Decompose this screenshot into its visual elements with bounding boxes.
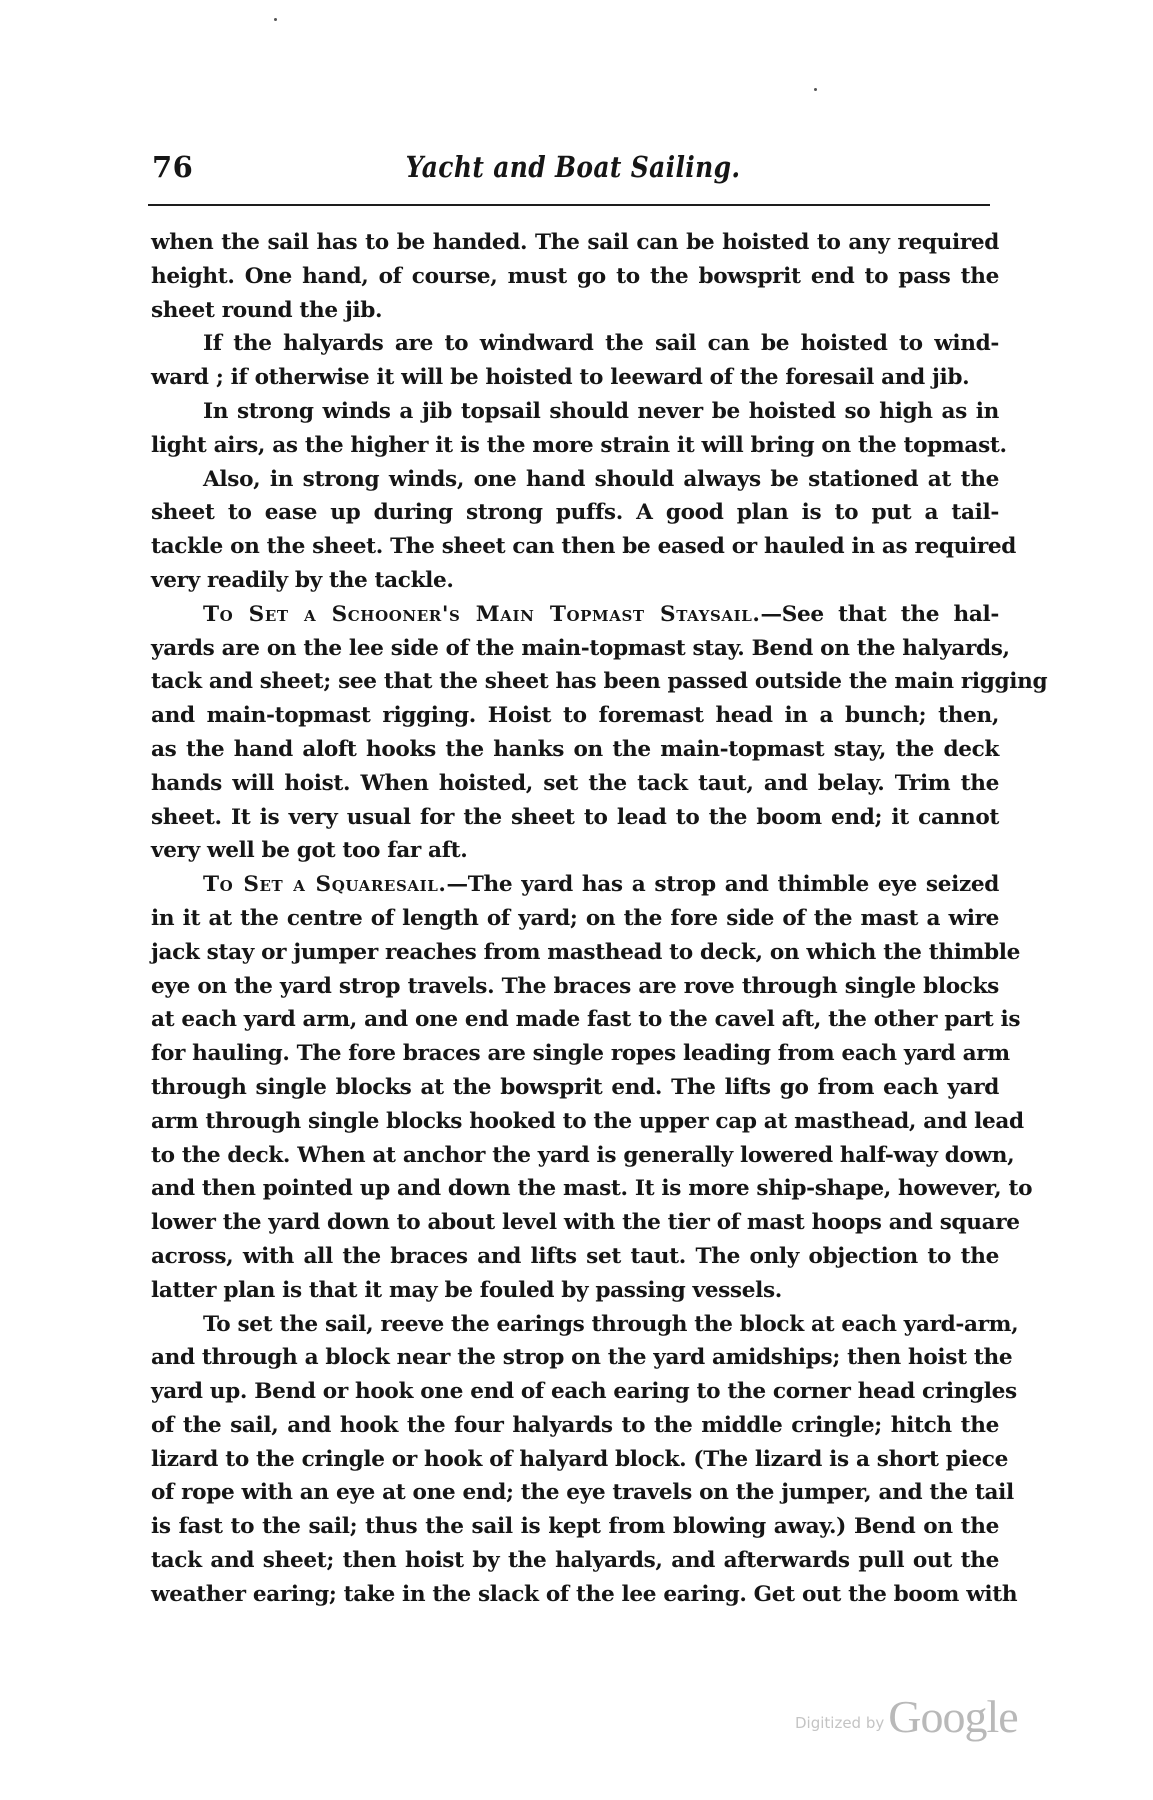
text-line: as the hand aloft hooks the hanks on the… — [151, 733, 999, 767]
text-line: is fast to the sail; thus the sail is ke… — [151, 1510, 999, 1544]
text-line: and then pointed up and down the mast. I… — [151, 1172, 999, 1206]
text-line: very well be got too far aft. — [151, 834, 999, 868]
text-line: Also, in strong winds, one hand should a… — [151, 463, 999, 497]
text-line: To set the sail, reeve the earings throu… — [151, 1308, 999, 1342]
text-line: through single blocks at the bowsprit en… — [151, 1071, 999, 1105]
header-rule — [148, 204, 990, 206]
scan-speck — [274, 18, 277, 21]
text-line: in it at the centre of length of yard; o… — [151, 902, 999, 936]
text-line: of rope with an eye at one end; the eye … — [151, 1476, 999, 1510]
text-line: sheet to ease up during strong puffs. A … — [151, 496, 999, 530]
section-heading-line: To Set a Squaresail.—The yard has a stro… — [151, 868, 999, 902]
running-title: Yacht and Boat Sailing. — [211, 150, 935, 184]
text-line: light airs, as the higher it is the more… — [151, 429, 999, 463]
text-line: to the deck. When at anchor the yard is … — [151, 1139, 999, 1173]
text-line: jack stay or jumper reaches from masthea… — [151, 936, 999, 970]
text-line: and main-topmast rigging. Hoist to forem… — [151, 699, 999, 733]
text-run: —The yard has a strop and thimble eye se… — [447, 872, 999, 897]
text-line: tack and sheet; then hoist by the halyar… — [151, 1544, 999, 1578]
text-line: and through a block near the strop on th… — [151, 1341, 999, 1375]
text-line: tackle on the sheet. The sheet can then … — [151, 530, 999, 564]
section-heading-line: To Set a Schooner's Main Topmast Staysai… — [151, 598, 999, 632]
text-line: tack and sheet; see that the sheet has b… — [151, 665, 999, 699]
text-run: —See that the hal- — [761, 602, 1000, 627]
section-heading-squaresail: To Set a Squaresail. — [203, 872, 447, 897]
text-line: arm through single blocks hooked to the … — [151, 1105, 999, 1139]
text-line: at each yard arm, and one end made fast … — [151, 1003, 999, 1037]
text-line: of the sail, and hook the four halyards … — [151, 1409, 999, 1443]
body-text: when the sail has to be handed. The sail… — [151, 226, 999, 1612]
page-number: 76 — [152, 150, 193, 184]
scan-speck — [814, 88, 817, 91]
book-page: 76 Yacht and Boat Sailing. when the sail… — [0, 0, 1153, 1800]
text-line: weather earing; take in the slack of the… — [151, 1578, 999, 1612]
text-line: height. One hand, of course, must go to … — [151, 260, 999, 294]
section-heading-schooner: To Set a Schooner's Main Topmast Staysai… — [203, 602, 761, 627]
google-logo: Google — [888, 1694, 1017, 1740]
digitized-watermark: Digitized by Google — [795, 1680, 1018, 1740]
text-line: sheet. It is very usual for the sheet to… — [151, 801, 999, 835]
text-line: yard up. Bend or hook one end of each ea… — [151, 1375, 999, 1409]
text-line: sheet round the jib. — [151, 294, 999, 328]
text-line: eye on the yard strop travels. The brace… — [151, 970, 999, 1004]
text-line: lizard to the cringle or hook of halyard… — [151, 1443, 999, 1477]
text-line: lower the yard down to about level with … — [151, 1206, 999, 1240]
text-line: yards are on the lee side of the main-to… — [151, 632, 999, 666]
page-header: 76 Yacht and Boat Sailing. — [152, 150, 994, 194]
text-line: hands will hoist. When hoisted, set the … — [151, 767, 999, 801]
text-line: when the sail has to be handed. The sail… — [151, 226, 999, 260]
text-line: for hauling. The fore braces are single … — [151, 1037, 999, 1071]
text-line: across, with all the braces and lifts se… — [151, 1240, 999, 1274]
text-line: latter plan is that it may be fouled by … — [151, 1274, 999, 1308]
text-line: very readily by the tackle. — [151, 564, 999, 598]
text-line: ward ; if otherwise it will be hoisted t… — [151, 361, 999, 395]
text-line: If the halyards are to windward the sail… — [151, 327, 999, 361]
digitized-by-label: Digitized by — [795, 1714, 884, 1732]
text-line: In strong winds a jib topsail should nev… — [151, 395, 999, 429]
